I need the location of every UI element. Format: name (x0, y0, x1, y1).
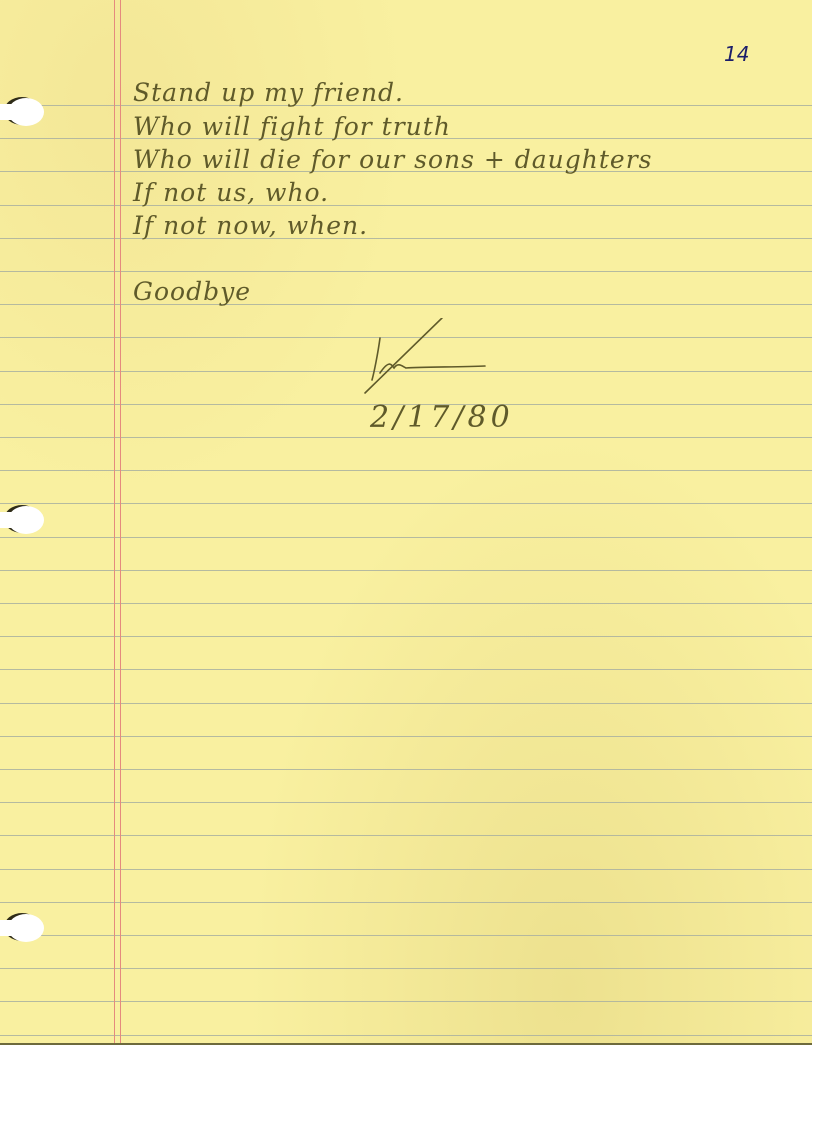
handwritten-line-2: Who will fight for truth (133, 112, 451, 141)
ruled-line (0, 703, 812, 704)
punch-hole-middle (8, 506, 44, 534)
handwritten-line-4: If not us, who. (133, 178, 329, 207)
page-number: 14 (724, 42, 749, 66)
ruled-line (0, 437, 812, 438)
ruled-line (0, 935, 812, 936)
ruled-line (0, 570, 812, 571)
punch-hole-top (8, 98, 44, 126)
ruled-line (0, 636, 812, 637)
ruled-line (0, 802, 812, 803)
ruled-line (0, 470, 812, 471)
ruled-line (0, 105, 812, 106)
handwritten-line-5: If not now, when. (133, 211, 368, 240)
ruled-line (0, 304, 812, 305)
ruled-line (0, 869, 812, 870)
ruled-line (0, 769, 812, 770)
handwritten-line-1: Stand up my friend. (133, 78, 404, 107)
signature-date: 2/17/80 (370, 400, 514, 435)
ruled-line (0, 1001, 812, 1002)
ruled-line (0, 968, 812, 969)
ruled-line (0, 271, 812, 272)
ruled-line (0, 1035, 812, 1036)
margin-line-left (114, 0, 115, 1043)
punch-hole-bottom (8, 914, 44, 942)
legal-paper-sheet: 14 Stand up my friend. Who will fight fo… (0, 0, 812, 1045)
ruled-line (0, 902, 812, 903)
closing-goodbye: Goodbye (133, 277, 251, 306)
ruled-line (0, 537, 812, 538)
ruled-line (0, 238, 812, 239)
ruled-line (0, 503, 812, 504)
ruled-line (0, 736, 812, 737)
ruled-line (0, 835, 812, 836)
signature (360, 318, 490, 398)
ruled-line (0, 669, 812, 670)
handwritten-line-3: Who will die for our sons + daughters (133, 145, 653, 174)
ruled-line (0, 205, 812, 206)
ruled-line (0, 603, 812, 604)
margin-line-right (120, 0, 121, 1043)
